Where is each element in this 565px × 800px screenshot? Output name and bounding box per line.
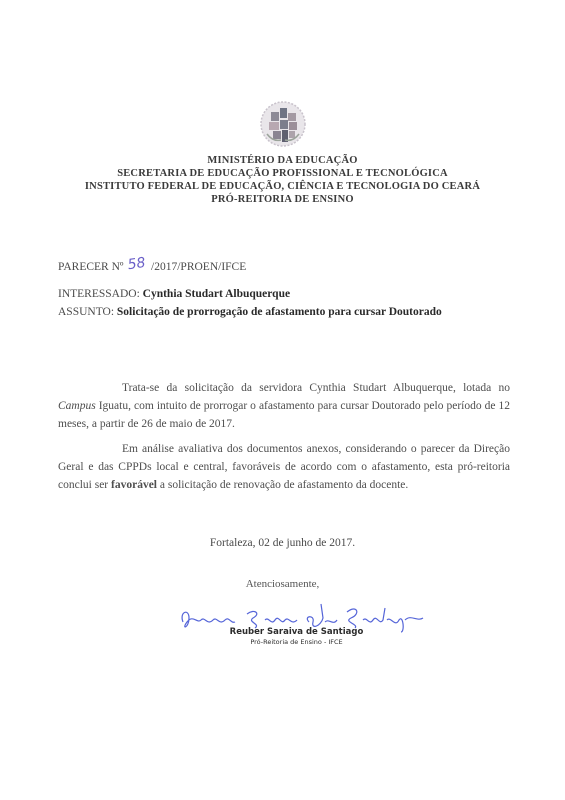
- parecer-suffix: /2017/PROEN/IFCE: [151, 261, 246, 273]
- parecer-number: PARECER Nº 58 /2017/PROEN/IFCE: [58, 258, 246, 274]
- paragraph-analysis: Em análise avaliativa dos documentos ane…: [58, 440, 510, 494]
- letterhead-pro-rectory: PRÓ-REITORIA DE ENSINO: [0, 193, 565, 206]
- brazil-coat-of-arms-icon: [259, 100, 307, 148]
- closing-line: Atenciosamente,: [0, 578, 565, 590]
- letterhead-secretariat: SECRETARIA DE EDUCAÇÃO PROFISSIONAL E TE…: [0, 167, 565, 180]
- campus-italic: Campus: [58, 400, 96, 412]
- interessado-value: Cynthia Studart Albuquerque: [143, 288, 290, 300]
- paragraph-request: Trata-se da solicitação da servidora Cyn…: [58, 379, 510, 433]
- paragraph-analysis-text-cont: a solicitação de renovação de afastament…: [157, 479, 408, 491]
- interessado-label: INTERESSADO:: [58, 288, 140, 300]
- assunto-value: Solicitação de prorrogação de afastament…: [117, 306, 442, 318]
- signature-stamp-name: Reuber Saraiva de Santiago: [14, 627, 565, 637]
- parecer-handwritten-number: 58: [127, 255, 147, 273]
- letterhead: MINISTÉRIO DA EDUCAÇÃO SECRETARIA DE EDU…: [0, 154, 565, 206]
- paragraph-request-text-cont: Iguatu, com intuito de prorrogar o afast…: [58, 400, 510, 430]
- parecer-prefix: PARECER Nº: [58, 261, 123, 273]
- interessado-line: INTERESSADO: Cynthia Studart Albuquerque: [58, 288, 290, 300]
- date-line: Fortaleza, 02 de junho de 2017.: [0, 537, 565, 549]
- signature-stamp-role: Pró-Reitoria de Ensino - IFCE: [14, 638, 565, 646]
- assunto-label: ASSUNTO:: [58, 306, 114, 318]
- letterhead-institute: INSTITUTO FEDERAL DE EDUCAÇÃO, CIÊNCIA E…: [0, 180, 565, 193]
- letterhead-ministry: MINISTÉRIO DA EDUCAÇÃO: [0, 154, 565, 167]
- favoravel-bold: favorável: [111, 479, 157, 491]
- paragraph-request-text: Trata-se da solicitação da servidora Cyn…: [122, 382, 510, 394]
- assunto-line: ASSUNTO: Solicitação de prorrogação de a…: [58, 306, 442, 318]
